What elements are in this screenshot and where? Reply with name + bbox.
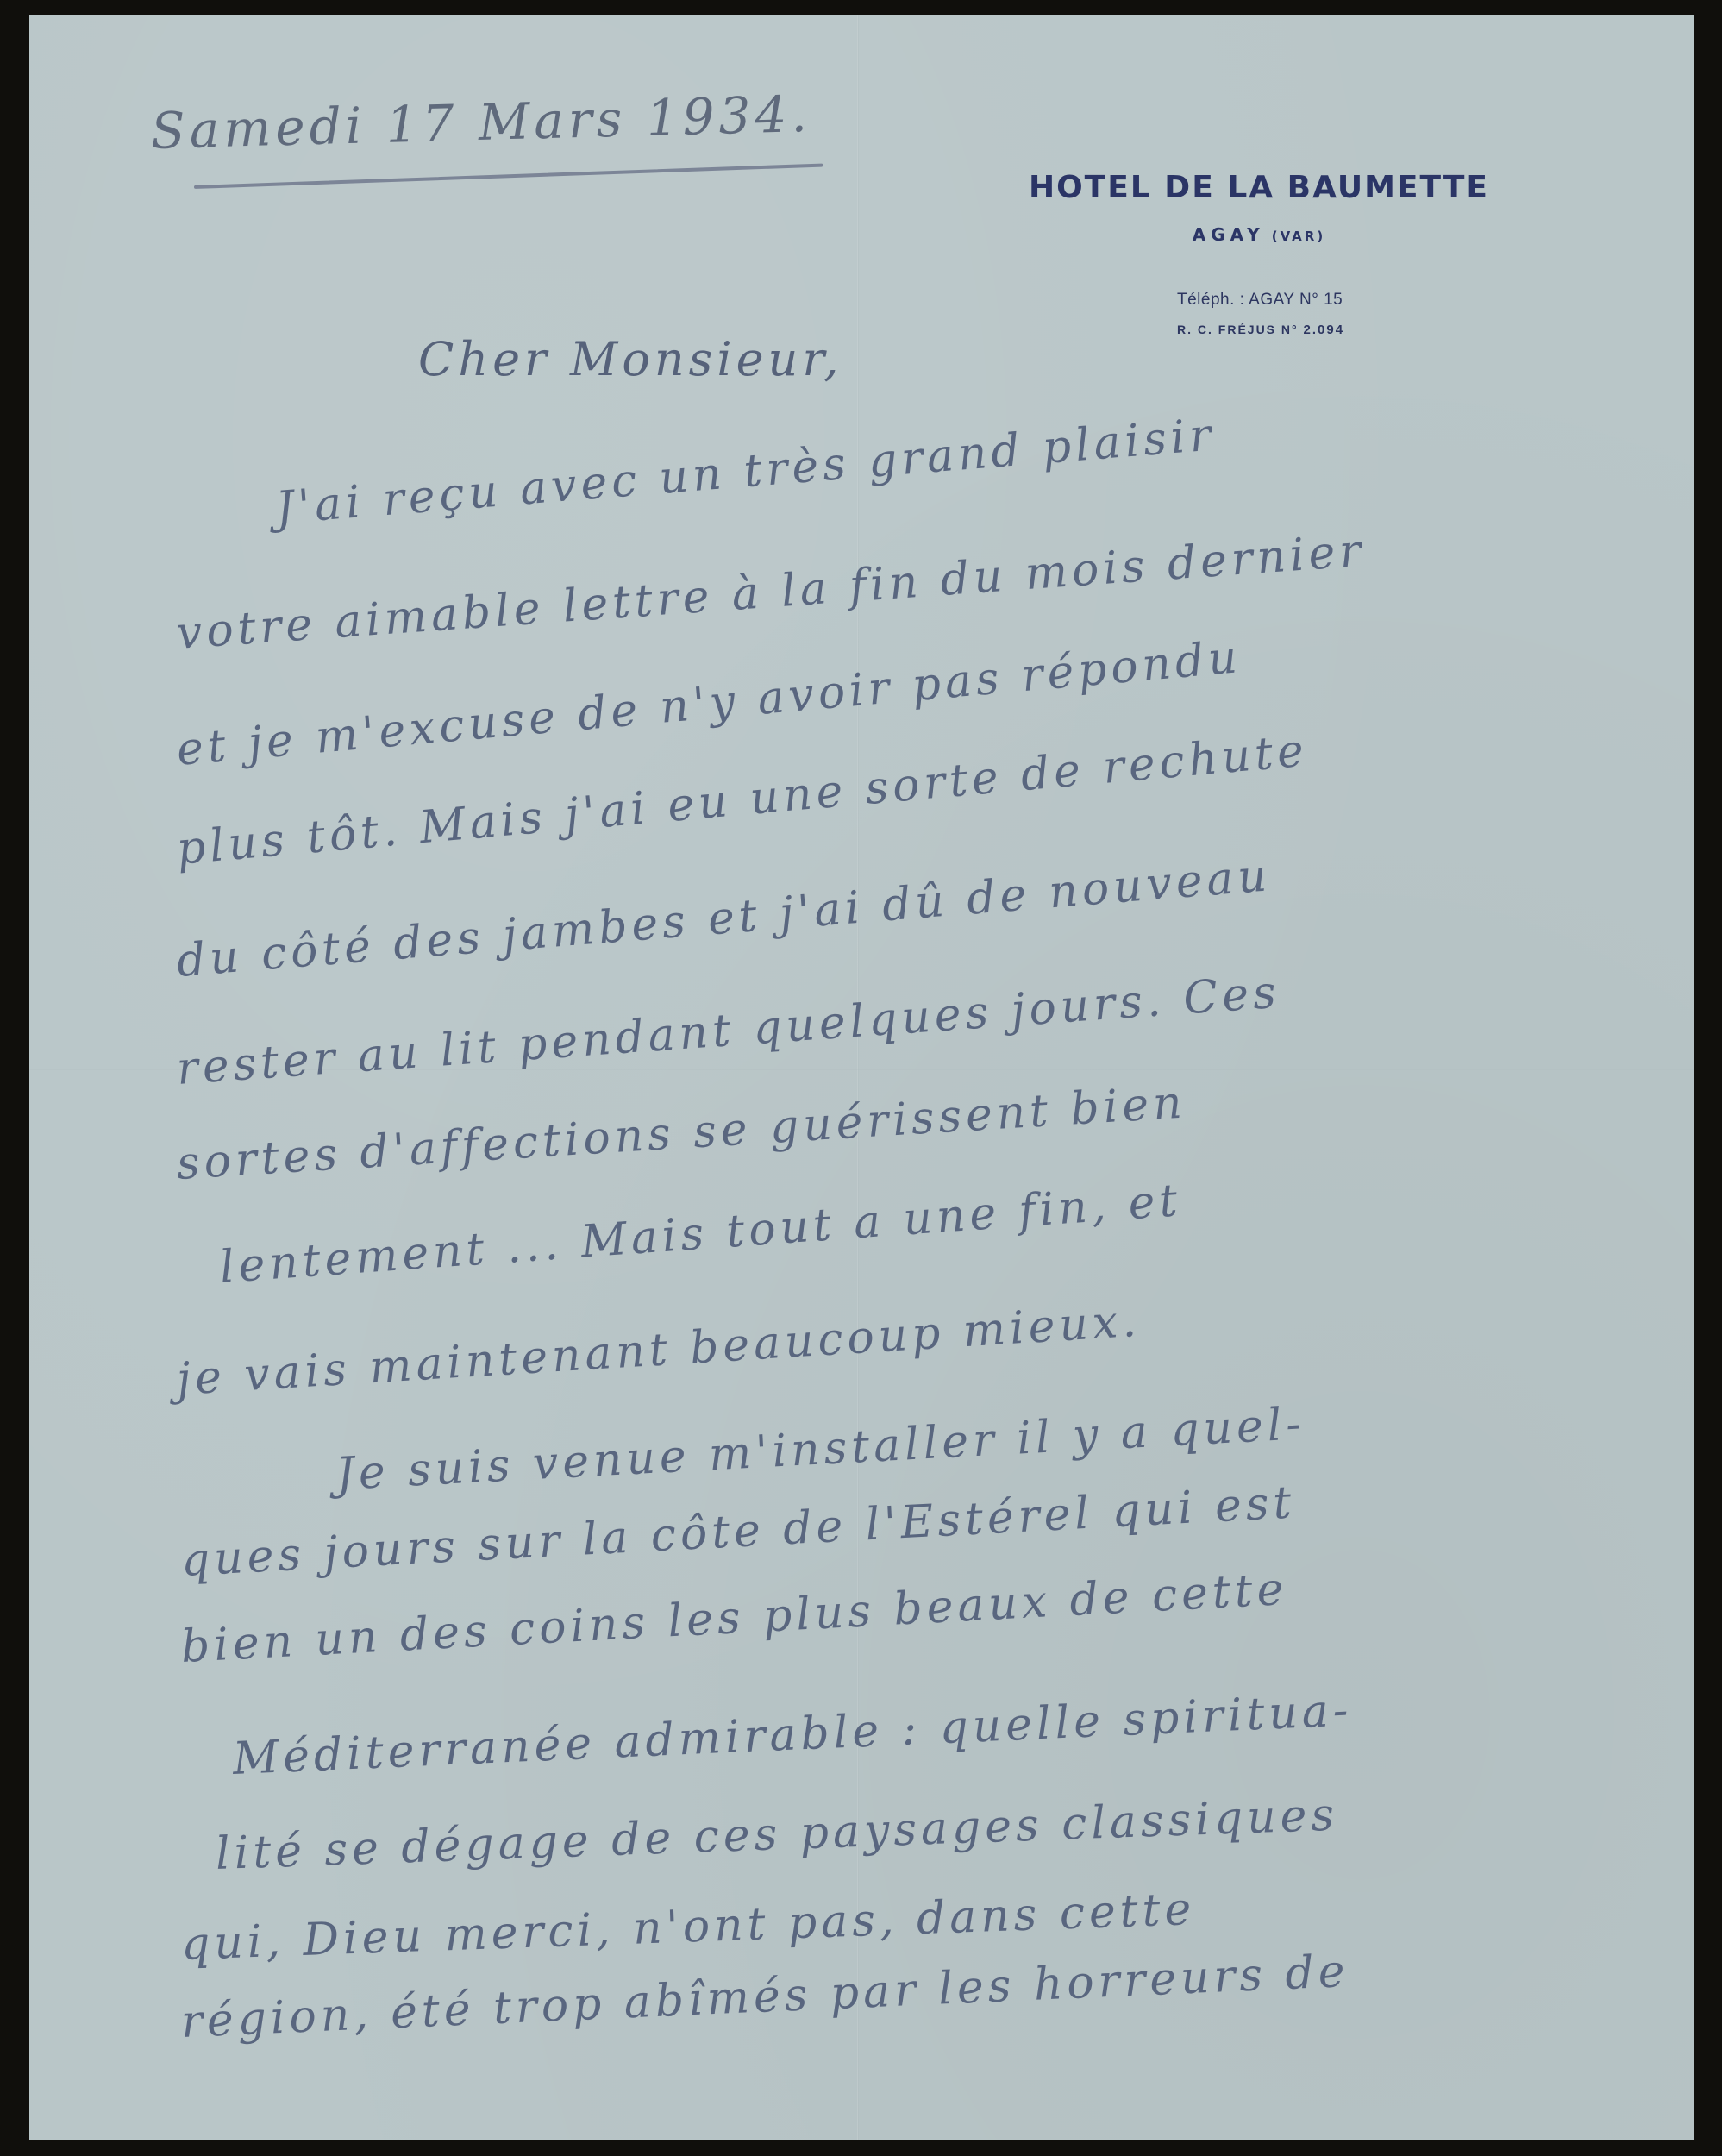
letterhead: HOTEL DE LA BAUMETTE AGAY(VAR): [931, 172, 1587, 243]
letterhead-contact: Téléph. : AGAY N° 15 R. C. FRÉJUS N° 2.0…: [1177, 291, 1344, 336]
town-name: AGAY: [1193, 224, 1265, 245]
hotel-location: AGAY(VAR): [931, 226, 1587, 243]
hotel-name: HOTEL DE LA BAUMETTE: [931, 172, 1587, 204]
department-name: (VAR): [1272, 229, 1325, 244]
telephone-number: Téléph. : AGAY N° 15: [1177, 291, 1344, 308]
commercial-registry: R. C. FRÉJUS N° 2.094: [1177, 323, 1344, 336]
registry-number: 2.094: [1304, 323, 1345, 337]
salutation: Cher Monsieur,: [418, 332, 842, 386]
registry-label: R. C. FRÉJUS N°: [1177, 323, 1299, 336]
